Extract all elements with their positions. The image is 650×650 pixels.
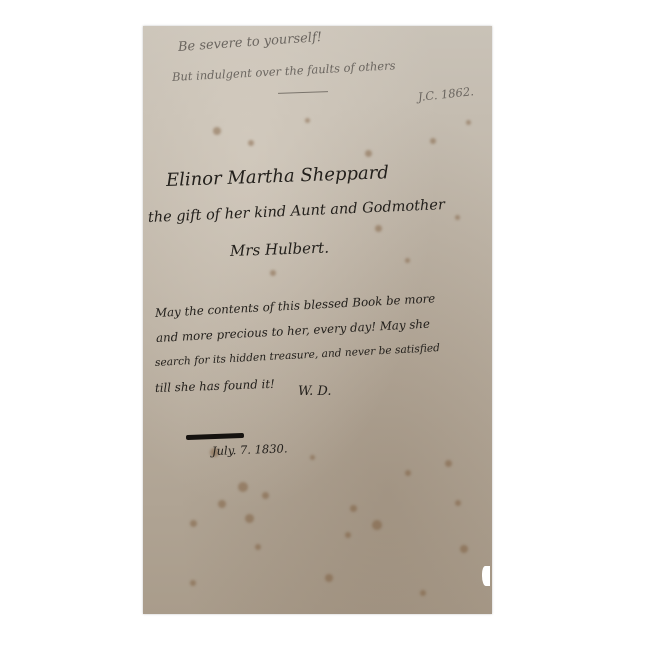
giver-name: Mrs Hulbert. — [230, 239, 330, 260]
inscription-date: July. 7. 1830. — [212, 441, 288, 458]
blessing-signature: W. D. — [298, 384, 331, 399]
paper-tear — [482, 566, 490, 586]
